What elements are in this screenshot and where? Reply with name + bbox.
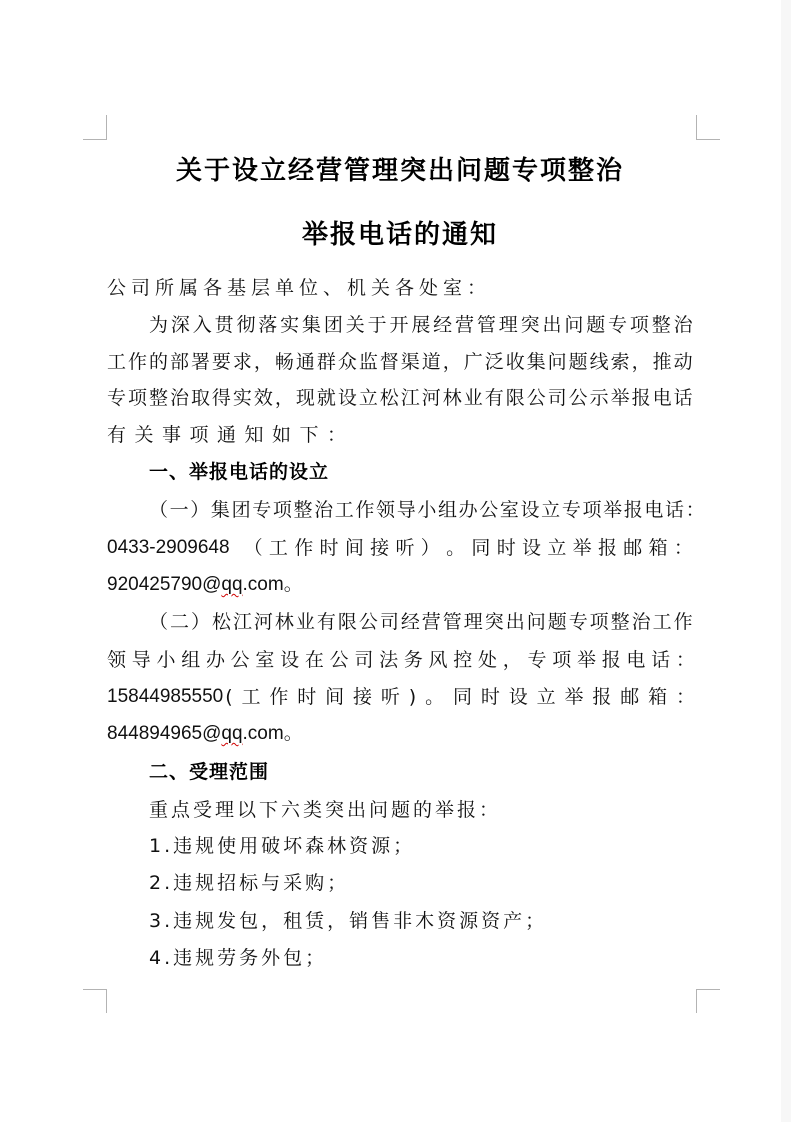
email-prefix: 920425790@	[107, 570, 221, 600]
email-domain-spellcheck: qq	[221, 570, 242, 600]
phone-number: 15844985550	[107, 682, 223, 712]
salutation: 公司所属各基层单位、机关各处室：	[107, 273, 693, 303]
section-2-item-2: 2.违规招标与采购；	[149, 868, 735, 898]
intro-line-3: 专项整治取得实效，现就设立松江河林业有限公司公示举报电话	[107, 383, 693, 413]
document-title-line-1: 关于设立经营管理突出问题专项整治	[0, 150, 791, 187]
email-suffix: .com。	[243, 570, 303, 600]
section-1-heading: 一、举报电话的设立	[149, 457, 735, 487]
section-2-item-3: 3.违规发包，租赁，销售非木资源资产；	[149, 906, 735, 936]
email-domain-spellcheck: qq	[221, 719, 242, 749]
section-1-item-2-line-4: 844894965@qq.com。	[107, 719, 693, 749]
section-1-item-1-line-2: 0433-2909648 （工作时间接听）。同时设立举报邮箱：	[107, 533, 693, 563]
section-1-item-2-line-2: 领导小组办公室设在公司法务风控处，专项举报电话：	[107, 645, 695, 675]
section-1-item-1-line-1: （一）集团专项整治工作领导小组办公室设立专项举报电话：	[149, 495, 705, 525]
section-1-item-2-line-3: 15844985550 (工作时间接听)。同时设立举报邮箱：	[107, 682, 695, 712]
intro-line-1: 为深入贯彻落实集团关于开展经营管理突出问题专项整治	[149, 310, 693, 340]
phone-number: 0433-2909648	[107, 533, 230, 563]
intro-line-2: 工作的部署要求，畅通群众监督渠道，广泛收集问题线索，推动	[107, 347, 693, 377]
section-1-item-2-line-1: （二）松江河林业有限公司经营管理突出问题专项整治工作	[149, 607, 693, 637]
section-2-item-4: 4.违规劳务外包；	[149, 943, 735, 973]
intro-line-4: 有关事项通知如下：	[107, 420, 693, 450]
document-title-line-2: 举报电话的通知	[0, 214, 791, 251]
item-1-line-2-text: （工作时间接听）。同时设立举报邮箱：	[244, 533, 693, 563]
item-2-line-3-text: (工作时间接听)。同时设立举报邮箱：	[225, 682, 695, 712]
section-2-item-1: 1.违规使用破坏森林资源；	[149, 831, 735, 861]
section-1-item-1-line-3: 920425790@qq.com。	[107, 570, 693, 600]
email-prefix: 844894965@	[107, 719, 221, 749]
section-2-lead: 重点受理以下六类突出问题的举报：	[149, 795, 735, 825]
email-suffix: .com。	[243, 719, 303, 749]
section-2-heading: 二、受理范围	[149, 757, 735, 787]
